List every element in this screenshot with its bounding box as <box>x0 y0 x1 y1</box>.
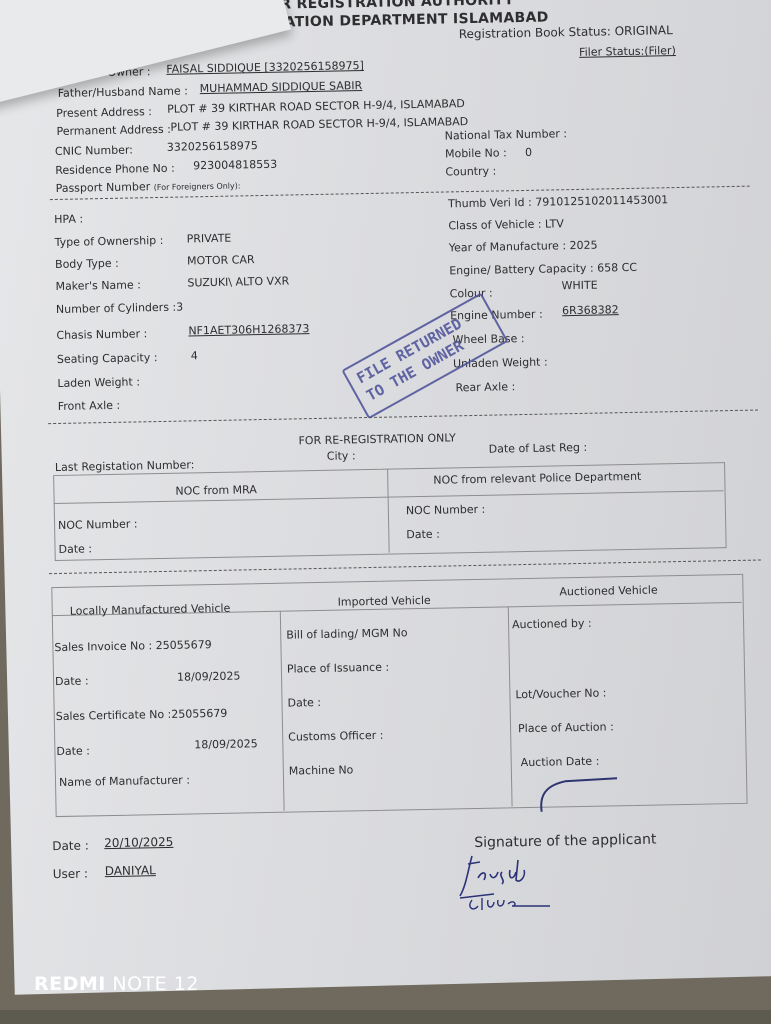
ownership-label: Type of Ownership : <box>55 234 164 249</box>
engine-number-value: 6R368382 <box>562 303 619 317</box>
customs-officer-label: Customs Officer : <box>288 729 383 744</box>
last-registration-label: Last Registation Number: <box>55 458 195 474</box>
imported-vehicle-title: Imported Vehicle <box>337 594 430 609</box>
signature-label: Signature of the applicant <box>474 832 656 851</box>
year-value: 2025 <box>569 239 597 253</box>
sales-invoice-value: 25055679 <box>156 638 212 652</box>
date-last-reg-label: Date of Last Reg : <box>489 441 588 456</box>
maker-label: Maker's Name : <box>55 278 141 293</box>
passport-label: Passport Number (For Foreigners Only): <box>56 178 241 195</box>
cylinders-label: Number of Cylinders :3 <box>56 301 183 316</box>
passport-label-text: Passport Number <box>56 180 151 195</box>
permanent-address-label: Permanent Address : <box>56 123 171 138</box>
registration-form: OR REGISTRATION AUTHORITY SE & TAXATION … <box>0 0 771 1024</box>
mobile-value: 0 <box>525 146 532 159</box>
front-axle-label: Front Axle : <box>58 399 121 413</box>
bill-of-lading-label: Bill of lading/ MGM No <box>286 626 407 641</box>
year-label: Year of Manufacture : 2025 <box>449 239 598 255</box>
colour-value: WHITE <box>561 279 597 293</box>
sales-invoice-label-text: Sales Invoice No : <box>54 639 152 654</box>
present-address-label: Present Address : <box>56 105 152 120</box>
pen-mark-icon <box>535 774 626 816</box>
residence-phone-value: 923004818553 <box>193 158 277 173</box>
auctioned-by-label: Auctioned by : <box>512 617 592 632</box>
thumb-veri-label-text: Thumb Veri Id : <box>448 196 532 211</box>
ntn-label: National Tax Number : <box>445 127 568 142</box>
present-address-value: PLOT # 39 KIRTHAR ROAD SECTOR H-9/4, ISL… <box>167 97 465 116</box>
thumb-veri-label: Thumb Veri Id : 7910125102011453001 <box>448 193 669 210</box>
print-date-value: 20/10/2025 <box>104 835 173 850</box>
sales-certificate-date-label: Date : <box>56 744 90 758</box>
sales-invoice-date-value: 18/09/2025 <box>177 670 241 684</box>
seating-value: 4 <box>191 349 198 362</box>
auctioned-vehicle-title: Auctioned Vehicle <box>559 583 657 598</box>
section-divider <box>48 410 758 425</box>
registration-book-status: Registration Book Status: ORIGINAL <box>459 23 673 41</box>
machine-no-label: Machine No <box>289 763 354 777</box>
filer-status: Filer Status:(Filer) <box>579 44 676 59</box>
user-label: User : <box>53 866 88 881</box>
engine-capacity-label-text: Engine/ Battery Capacity : <box>449 262 594 278</box>
chasis-label: Chasis Number : <box>56 327 147 342</box>
residence-phone-label: Residence Phone No : <box>55 162 175 177</box>
engine-capacity-label: Engine/ Battery Capacity : 658 CC <box>449 261 637 278</box>
ownership-value: PRIVATE <box>186 232 231 246</box>
noc-police-date-label: Date : <box>406 528 440 542</box>
manufacturer-label: Name of Manufacturer : <box>59 773 190 789</box>
applicant-signature <box>458 850 568 920</box>
owner-name-value: FAISAL SIDDIQUE [3320256158975] <box>166 59 364 76</box>
seating-label: Seating Capacity : <box>57 351 158 366</box>
country-label: Country : <box>445 165 496 179</box>
passport-note: (For Foreigners Only): <box>154 181 241 192</box>
permanent-address-value: PLOT # 39 KIRTHAR ROAD SECTOR H-9/4, ISL… <box>170 115 468 134</box>
body-type-value: MOTOR CAR <box>187 253 255 267</box>
place-of-auction-label: Place of Auction : <box>518 720 614 735</box>
cnic-value: 3320256158975 <box>167 139 258 154</box>
class-label: Class of Vehicle : LTV <box>448 217 564 232</box>
sales-certificate-value: 25055679 <box>171 707 227 721</box>
hpa-label: HPA : <box>54 212 83 226</box>
cylinders-value: 3 <box>176 301 183 314</box>
noc-mra-number-label: NOC Number : <box>58 517 138 532</box>
laden-weight-label: Laden Weight : <box>57 375 140 390</box>
class-label-text: Class of Vehicle : <box>448 218 541 233</box>
sales-certificate-label-text: Sales Certificate No : <box>56 708 172 723</box>
watermark-brand: REDMI <box>34 973 106 995</box>
section-divider <box>49 559 761 574</box>
sales-certificate-date-value: 18/09/2025 <box>194 737 258 751</box>
city-label: City : <box>327 449 356 463</box>
noc-police-number-label: NOC Number : <box>406 503 486 518</box>
cylinders-label-text: Number of Cylinders : <box>56 301 176 316</box>
year-label-text: Year of Manufacture : <box>449 239 566 254</box>
father-name-value: MUHAMMAD SIDDIQUE SABIR <box>200 79 363 95</box>
noc-mra-title: NOC from MRA <box>175 483 257 498</box>
chasis-value: NF1AET306H1268373 <box>188 322 309 337</box>
thumb-veri-value: 7910125102011453001 <box>535 193 668 209</box>
print-date-label: Date : <box>52 838 89 853</box>
place-of-issuance-label: Place of Issuance : <box>287 661 389 676</box>
imported-date-label: Date : <box>287 696 321 710</box>
lot-voucher-label: Lot/Voucher No : <box>515 686 606 701</box>
mobile-label: Mobile No : <box>445 146 507 160</box>
rear-axle-label: Rear Axle : <box>455 380 515 394</box>
cnic-label: CNIC Number: <box>55 143 133 157</box>
engine-capacity-value: 658 CC <box>597 261 637 275</box>
sales-invoice-date-label: Date : <box>55 674 89 688</box>
class-value: LTV <box>545 217 564 230</box>
table-surface <box>0 1010 771 1024</box>
reregistration-title: FOR RE-REGISTRATION ONLY <box>298 431 455 447</box>
auction-date-label: Auction Date : <box>521 755 600 770</box>
father-name-label: Father/Husband Name : <box>58 84 188 99</box>
maker-value: SUZUKI\ ALTO VXR <box>187 274 289 289</box>
camera-watermark: REDMI NOTE 12 <box>34 973 199 995</box>
body-type-label: Body Type : <box>55 257 119 271</box>
watermark-model: NOTE 12 <box>112 973 199 995</box>
noc-mra-date-label: Date : <box>58 542 92 556</box>
user-value: DANIYAL <box>105 863 156 878</box>
